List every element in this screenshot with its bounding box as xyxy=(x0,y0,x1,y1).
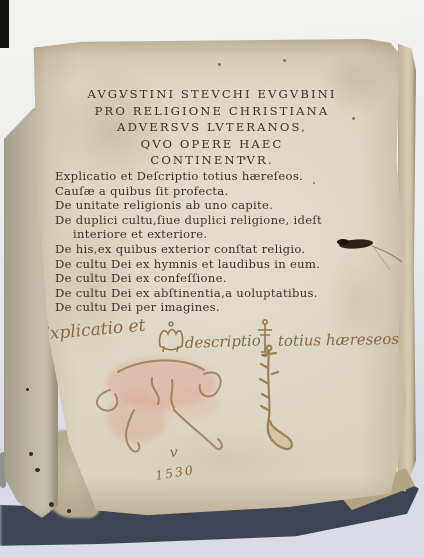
paper-tear-icon xyxy=(337,238,402,270)
annotations-layer: Explicatio et descriptio totius hæreseos… xyxy=(22,38,414,520)
wormhole xyxy=(49,502,54,507)
title-page: AVGVSTINI STEVCHI EVGVBINI PRO RELIGIONE… xyxy=(22,38,414,520)
wormhole xyxy=(26,388,29,391)
inscription-part2: descriptio xyxy=(185,331,262,352)
manuscript-inscription: Explicatio et descriptio totius hæreseos xyxy=(33,316,400,356)
handwritten-date: 1530 xyxy=(154,462,196,483)
dagger-sketch-icon xyxy=(260,346,292,449)
crown-doodle-icon xyxy=(160,322,183,352)
inscription-part1: Explicatio et xyxy=(36,316,147,345)
wormhole xyxy=(35,468,40,472)
inscription-part3: totius hæreseos xyxy=(278,330,400,350)
book-photo: AVGVSTINI STEVCHI EVGVBINI PRO RELIGIONE… xyxy=(0,0,424,558)
photo-corner-object xyxy=(0,0,9,48)
wormhole xyxy=(29,452,33,456)
wormhole xyxy=(67,509,71,513)
creature-sketch-icon xyxy=(97,358,222,452)
caret-mark: v xyxy=(169,444,178,461)
